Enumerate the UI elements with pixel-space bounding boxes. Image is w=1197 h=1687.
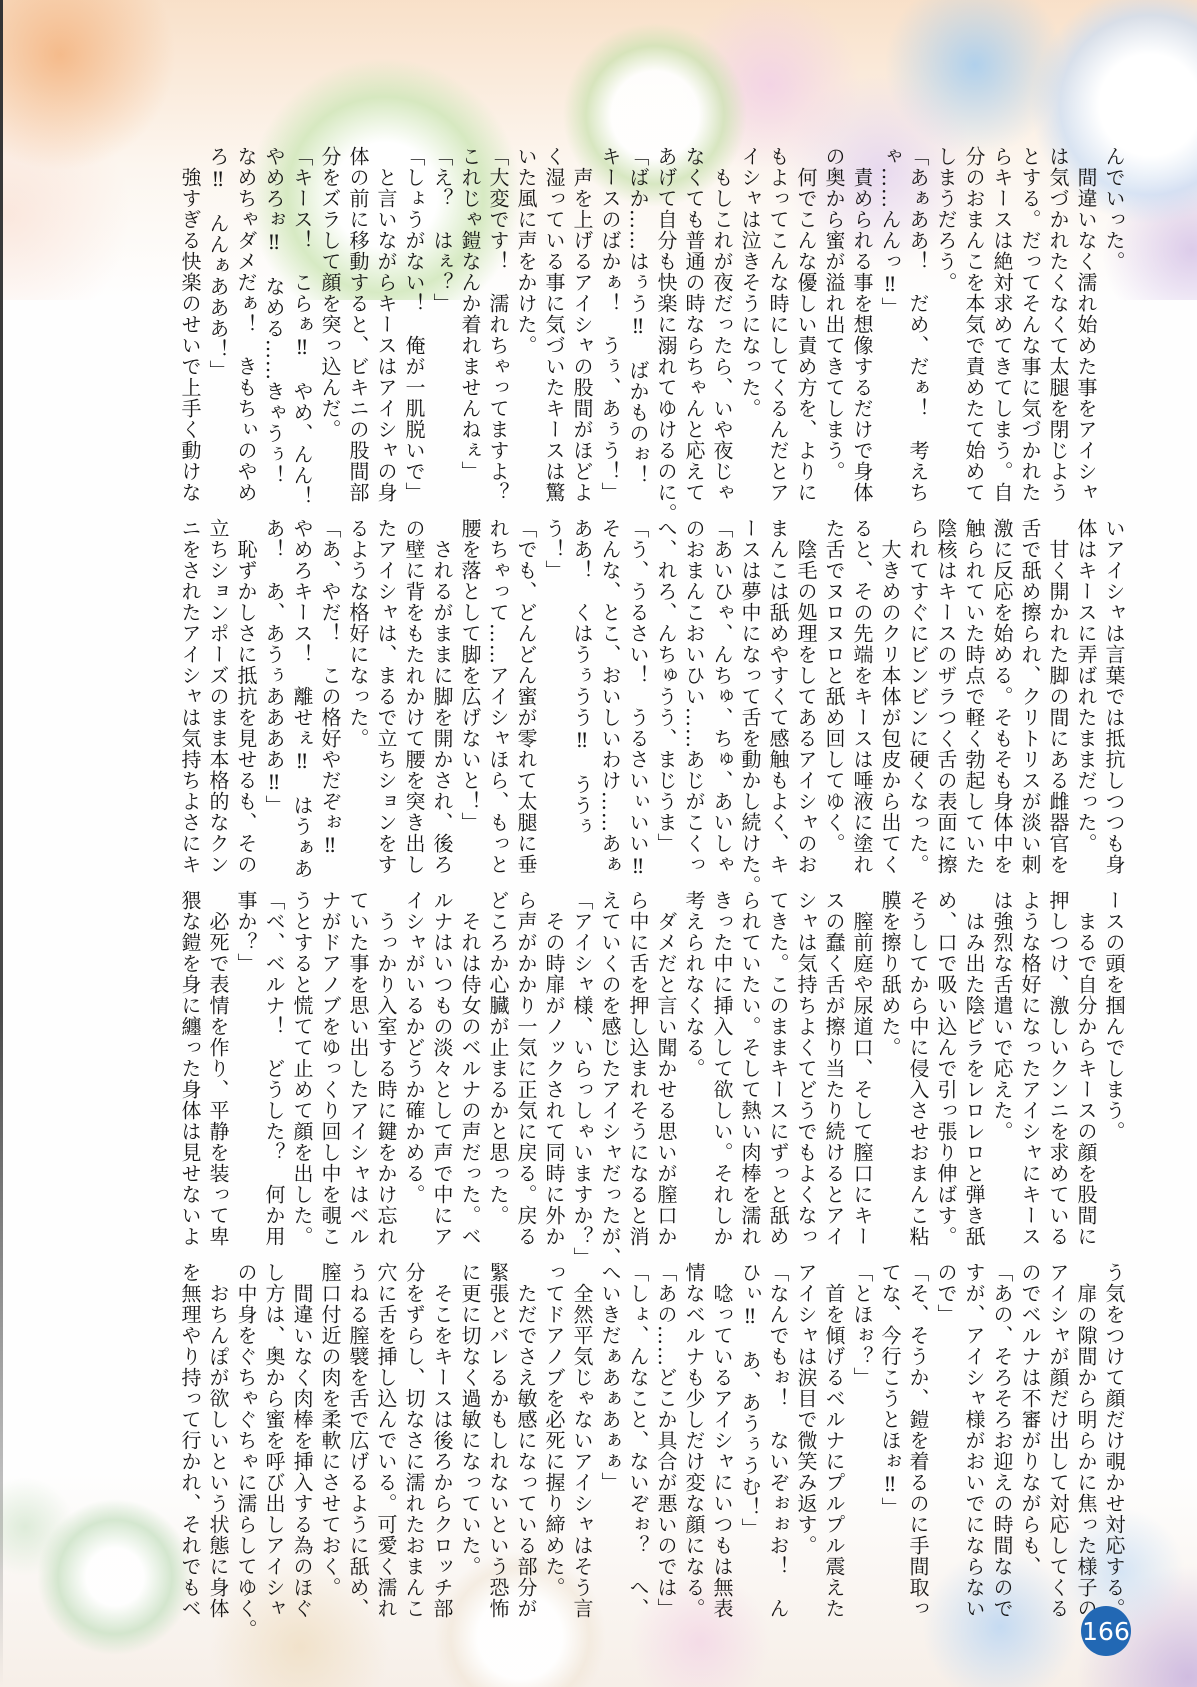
text-column: なくても普通の時ならちゃんと応えて [680, 146, 708, 518]
text-column: 強すぎる快楽のせいで上手く動けな [176, 146, 204, 518]
text-column: 「しょうがない！ 俺が一肌脱いで」 [400, 146, 428, 518]
text-column: 陰核はキースのザラつく舌の表面に擦 [932, 518, 960, 890]
text-column: られてすぐにビンビンに硬くなった。 [904, 518, 932, 890]
text-column: いアイシャは言葉では抵抗しつつも身 [1100, 518, 1128, 890]
text-column: ゃ……んんっ‼」 [876, 146, 904, 518]
text-column: を無理やり持って行かれ、それでもベ [176, 1262, 204, 1634]
text-column: 緊張とバレるかもしれないという恐怖 [484, 1262, 512, 1634]
text-column: 「なんでもぉ！ ないぞぉぉお！ ん [764, 1262, 792, 1634]
text-column: の中身をぐちゃぐちゃに濡らしてゆく。 [232, 1262, 260, 1634]
text-column: なめちゃダメだぁ！ きもちぃのやめ [232, 146, 260, 518]
text-column: もよってこんな時にしてくるんだとア [764, 146, 792, 518]
text-column: 腰を落として脚を広げないと！」 [456, 518, 484, 890]
text-column: とする。だってそんな事に気づかれた [1016, 146, 1044, 518]
text-column: どころか心臓が止まるかと思った。 [484, 890, 512, 1262]
text-column: 「ベ、ベルナ！ どうした？ 何か用 [260, 890, 288, 1262]
text-column: あ！ あ、あうぅああああ‼」 [260, 518, 288, 890]
text-column: 激に反応を始める。そもそも身体中を [988, 518, 1016, 890]
text-column: 「とほぉ？」 [848, 1262, 876, 1634]
text-column: れちゃって……アイシャほら、もっと [484, 518, 512, 890]
text-column: きった中に挿入して欲しい。それしか [708, 890, 736, 1262]
text-column: 猥な鎧を身に纏った身体は見せないよ [176, 890, 204, 1262]
text-column: されるがままに脚を開かされ、後ろ [428, 518, 456, 890]
text-column: 唸っているアイシャにいつもは無表 [708, 1262, 736, 1634]
text-column: 立ちションポーズのまま本格的なクン [204, 518, 232, 890]
text-column: う！」 [540, 518, 568, 890]
text-column: いた風に声をかけた。 [512, 146, 540, 518]
text-column: ろ‼ んんぁあああ！」 [204, 146, 232, 518]
page-scan-edge [0, 0, 3, 1687]
text-column: 恥ずかしさに抵抗を見せるも、その [232, 518, 260, 890]
text-column: られていたい。そして熱い肉棒を濡れ [736, 890, 764, 1262]
text-column: 分のおまんこを本気で責めたて始めて [960, 146, 988, 518]
text-column: の壁に背をもたれかけて腰を突き出し [400, 518, 428, 890]
text-column: 考えられなくなる。 [680, 890, 708, 1262]
text-column: ような格好になったアイシャにキース [1016, 890, 1044, 1262]
text-column: のおまんこおいひい……あじがこくっ [680, 518, 708, 890]
text-column: 「しょ、んなこと、ないぞぉ？ へ、 [624, 1262, 652, 1634]
text-column: これじゃ鎧なんか着れませんねぇ」 [456, 146, 484, 518]
text-column: えていくのを感じたアイシャだったが、 [596, 890, 624, 1262]
text-column: イシャがいるかどうか確かめる。 [400, 890, 428, 1262]
text-column: てきた。このままキースにずっと舐め [764, 890, 792, 1262]
text-column: そんな、とこ、おいしいわけ……あぁ [596, 518, 624, 890]
text-column: は気づかれたくなくて太腿を閉じよう [1044, 146, 1072, 518]
text-column: 「あの……どこか具合が悪いのでは」 [652, 1262, 680, 1634]
text-column: シャは気持ちよくてどうでもよくなっ [792, 890, 820, 1262]
text-column: あげて自分も快楽に溺れてゆけるのに。 [652, 146, 680, 518]
text-column: イシャは泣きそうになった。 [736, 146, 764, 518]
text-column: 触られていた時点で軽く勃起していた [960, 518, 988, 890]
text-column: 「あの、そろそろお迎えの時間なので [988, 1262, 1016, 1634]
text-column: 声を上げるアイシャの股間がほどよ [568, 146, 596, 518]
text-column: それは侍女のベルナの声だった。ベ [456, 890, 484, 1262]
text-column: ああ！ くはうぅうう‼ ううぅ [568, 518, 596, 890]
text-column: 「う、うるさい！ うるさいぃいい‼ [624, 518, 652, 890]
text-column: め、口で吸い込んで引っ張り伸ばす。 [932, 890, 960, 1262]
text-column: まんこは舐めやすくて感触もよく、キ [764, 518, 792, 890]
text-column: ら声がかかり一気に正気に戻る。戻る [512, 890, 540, 1262]
text-column: ダメだと言い聞かせる思いが膣口か [652, 890, 680, 1262]
text-column: 情なベルナも少しだけ変な顔になる。 [680, 1262, 708, 1634]
text-column: すが、アイシャ様がおいでにならない [960, 1262, 988, 1634]
text-column: アイシャは涙目で微笑み返す。 [792, 1262, 820, 1634]
text-column: 必死で表情を作り、平静を装って卑 [204, 890, 232, 1262]
text-block-3: ースの頭を掴んでしまう。 まるで自分からキースの顔を股間に押しつけ、激しいクンニ… [168, 890, 1128, 1262]
text-column: スの蠢く舌が擦り当たり続けるとアイ [820, 890, 848, 1262]
text-column: 穴に舌を挿し込んでいる。可愛く濡れ [372, 1262, 400, 1634]
text-column: へ、れろ、んちゅうう、まじうま」 [652, 518, 680, 890]
text-column: らキースは絶対求めてきてしまう。自 [988, 146, 1016, 518]
text-column: 「大変です！ 濡れちゃってますよ？ [484, 146, 512, 518]
text-column: 「アイシャ様、いらっしゃいますか？」 [568, 890, 596, 1262]
text-column: うっかり入室する時に鍵をかけ忘れ [372, 890, 400, 1262]
text-column: ースの頭を掴んでしまう。 [1100, 890, 1128, 1262]
text-column: 「え？ はぇ？」 [428, 146, 456, 518]
text-column: その時扉がノックされて同時に外か [540, 890, 568, 1262]
text-column: ニをされたアイシャは気持ちよさにキ [176, 518, 204, 890]
text-column: へいきだぁあぁあぁぁ」 [596, 1262, 624, 1634]
text-column: 何でこんな優しい責め方を、よりに [792, 146, 820, 518]
text-column: の奥から蜜が溢れ出てきてしまう。 [820, 146, 848, 518]
text-column: 間違いなく濡れ始めた事をアイシャ [1072, 146, 1100, 518]
text-column: 陰毛の処理をしてあるアイシャのお [792, 518, 820, 890]
text-column: しまうだろう。 [932, 146, 960, 518]
text-column: てな、今行こうとほぉ‼」 [876, 1262, 904, 1634]
text-column: ースは夢中になって舌を動かし続けた。 [736, 518, 764, 890]
text-column: 分をずらし、切なさに濡れたおまんこ [400, 1262, 428, 1634]
text-column: 膣口付近の肉を柔軟にさせておく。 [316, 1262, 344, 1634]
text-column: もしこれが夜だったら、いや夜じゃ [708, 146, 736, 518]
text-column: に更に切なく過敏になっていた。 [456, 1262, 484, 1634]
text-column: 間違いなく肉棒を挿入する為のほぐ [288, 1262, 316, 1634]
text-column: 「あぁああ！ だめ、だぁ！ 考えち [904, 146, 932, 518]
text-column: 押しつけ、激しいクンニを求めている [1044, 890, 1072, 1262]
text-column: ってドアノブを必死に握り締めた。 [540, 1262, 568, 1634]
text-column: 首を傾げるベルナにプルプル震えた [820, 1262, 848, 1634]
text-column: アイシャが顔だけ出して対応してくる [1044, 1262, 1072, 1634]
text-column: 「あ、やだ！ この格好やだぞぉ‼ [316, 518, 344, 890]
text-column: 全然平気じゃないアイシャはそう言 [568, 1262, 596, 1634]
text-block-2: いアイシャは言葉では抵抗しつつも身体はキースに弄ばれたままだった。 甘く開かれた… [168, 518, 1128, 890]
text-column: ると、その先端をキースは唾液に塗れ [848, 518, 876, 890]
text-column: 事か？」 [232, 890, 260, 1262]
page-number-badge: 166 [1081, 1606, 1131, 1656]
text-column: ナがドアノブをゆっくり回し中を覗こ [316, 890, 344, 1262]
text-column: 大きめのクリ本体が包皮から出てく [876, 518, 904, 890]
text-column: 甘く開かれた脚の間にある雌器官を [1044, 518, 1072, 890]
text-column: し方は、奥から蜜を呼び出しアイシャ [260, 1262, 288, 1634]
text-column: うとすると慌てて止めて顔を出した。 [288, 890, 316, 1262]
text-column: た舌でヌロヌロと舐め回してゆく。 [820, 518, 848, 890]
text-column: キースのばかぁ！ うぅ、あぅう！」 [596, 146, 624, 518]
text-column: るような格好になった。 [344, 518, 372, 890]
text-column: たアイシャは、まるで立ちションをす [372, 518, 400, 890]
text-column: はみ出た陰ビラをレロレロと弾き舐 [960, 890, 988, 1262]
text-column: そうしてから中に侵入させおまんこ粘 [904, 890, 932, 1262]
text-column: そこをキースは後ろからクロッチ部 [428, 1262, 456, 1634]
text-column: 分をズラして顔を突っ込んだ。 [316, 146, 344, 518]
text-column: 「ばか……はぅう‼ ばかものぉ！ [624, 146, 652, 518]
text-column: は強烈な舌遣いで応えた。 [988, 890, 1016, 1262]
text-block-1: んでいった。 間違いなく濡れ始めた事をアイシャは気づかれたくなくて太腿を閉じよう… [168, 146, 1128, 518]
text-column: ら中に舌を押し込まれそうになると消 [624, 890, 652, 1262]
text-column: うねる膣襞を舌で広げるように舐め、 [344, 1262, 372, 1634]
text-column: 体はキースに弄ばれたままだった。 [1072, 518, 1100, 890]
text-column: ので」 [932, 1262, 960, 1634]
text-column: ひぃ‼ あ、あうぅうむ！」 [736, 1262, 764, 1634]
text-column: ていた事を思い出したアイシャはベル [344, 890, 372, 1262]
text-column: やめろキース！ 離せぇ‼ はうぁあ [288, 518, 316, 890]
text-column: おちんぽが欲しいという状態に身体 [204, 1262, 232, 1634]
text-column: と言いながらキースはアイシャの身 [372, 146, 400, 518]
text-column: 責められる事を想像するだけで身体 [848, 146, 876, 518]
text-column: 「キース！ こらぁ‼ やめ、んん！ [288, 146, 316, 518]
text-block-4: う気をつけて顔だけ覗かせ対応する。 扉の隙間から明らかに焦った様子のアイシャが顔… [168, 1262, 1128, 1634]
text-column: く湿っている事に気づいたキースは驚 [540, 146, 568, 518]
text-column: 膣前庭や尿道口、そして膣口にキー [848, 890, 876, 1262]
text-column: やめろぉ‼ なめる……きゃうぅ！ [260, 146, 288, 518]
text-column: 扉の隙間から明らかに焦った様子の [1072, 1262, 1100, 1634]
text-column: 体の前に移動すると、ビキニの股間部 [344, 146, 372, 518]
text-column: のでベルナは不審がりながらも、 [1016, 1262, 1044, 1634]
text-column: ただでさえ敏感になっている部分が [512, 1262, 540, 1634]
text-column: ルナはいつもの淡々として声で中にア [428, 890, 456, 1262]
text-column: 「でも、どんどん蜜が零れて太腿に垂 [512, 518, 540, 890]
text-column: 「そ、そうか、鎧を着るのに手間取っ [904, 1262, 932, 1634]
text-column: 舌で舐め擦られ、クリトリスが淡い刺 [1016, 518, 1044, 890]
text-column: んでいった。 [1100, 146, 1128, 518]
text-column: まるで自分からキースの顔を股間に [1072, 890, 1100, 1262]
novel-page: んでいった。 間違いなく濡れ始めた事をアイシャは気づかれたくなくて太腿を閉じよう… [0, 0, 1197, 1687]
text-column: う気をつけて顔だけ覗かせ対応する。 [1100, 1262, 1128, 1634]
text-column: 「あいひゃ、んちゅ、ちゅ、あいしゃ [708, 518, 736, 890]
page-number: 166 [1082, 1617, 1130, 1646]
text-column: 膜を擦り舐めた。 [876, 890, 904, 1262]
